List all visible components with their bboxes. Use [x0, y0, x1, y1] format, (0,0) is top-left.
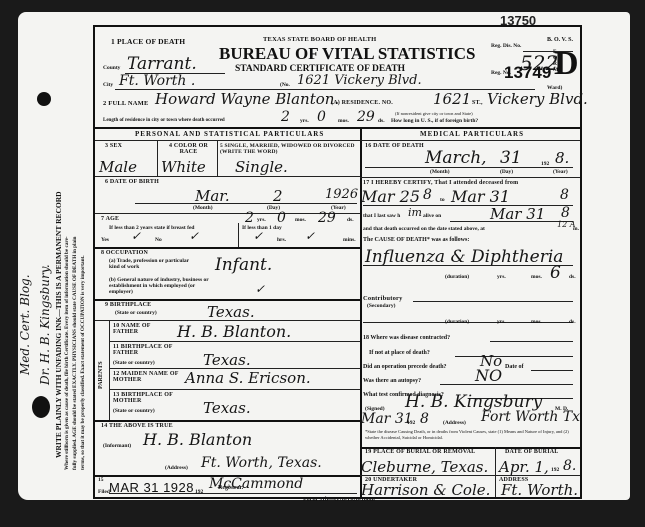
date-of-label: Date of [505, 364, 524, 370]
informant-address-value: Ft. Worth, Texas. [201, 455, 322, 471]
age-yrs: 2 [245, 210, 254, 226]
contracted-label: 18 Where was disease contracted? [363, 335, 450, 341]
ink-blot [32, 396, 50, 418]
burial-value: Cleburne, Texas. [361, 458, 488, 476]
secondary-label: (Secondary) [367, 303, 395, 309]
margin-warning-2: Where stillborn is given as cause of dea… [64, 236, 70, 470]
sex-value: Male [99, 158, 137, 176]
age-label: 7 AGE [101, 216, 119, 222]
personal-section-title: PERSONAL AND STATISTICAL PARTICULARS [135, 130, 324, 138]
certify-label: 17 I HEREBY CERTIFY, That I attended dec… [363, 180, 518, 186]
dod-label: 16 DATE OF DEATH [365, 143, 424, 149]
full-name-label: 2 FULL NAME [103, 100, 149, 107]
to-label: to [440, 197, 445, 203]
attended-to: Mar 31 [451, 187, 510, 206]
state-caption: (State or country) [113, 408, 155, 414]
signed-year-prefix: 192 [407, 420, 415, 426]
father-birth-value: Texas. [203, 351, 251, 369]
informant-address-label: (Address) [165, 465, 188, 471]
county-label: County [103, 65, 120, 71]
signed-address: Fort Worth Tx [481, 409, 580, 425]
length-yrs: 2 [281, 109, 290, 125]
age-mos-label: mos. [295, 217, 306, 223]
form-number: Form 51b—G78-1928-100m [303, 497, 375, 503]
dod-month: March, [425, 148, 487, 168]
contributory-label: Contributory [363, 295, 403, 302]
age-ds: 29 [318, 210, 336, 226]
parents-vertical-label: PARENTS [98, 361, 104, 389]
death-certificate-form: 1 PLACE OF DEATH TEXAS STATE BOARD OF HE… [93, 25, 582, 499]
board-heading: TEXAS STATE BOARD OF HEALTH [263, 36, 376, 43]
mother-value: Anna S. Ericson. [185, 369, 311, 387]
duration-mos: mos. [531, 274, 542, 280]
attended-to-year: 8 [560, 187, 569, 203]
length-mos: 0 [317, 109, 326, 125]
margin-annotation-2: Dr. H. B. Kingsbury. [38, 264, 52, 385]
check-mark: ✓ [189, 229, 199, 243]
yes-label: Yes [101, 237, 109, 243]
dod-year: 8. [555, 149, 569, 167]
burial-label: 19 PLACE OF BURIAL OR REMOVAL [365, 449, 485, 455]
birthplace-label: 9 BIRTHPLACE [105, 302, 151, 308]
mins-label: mins. [343, 237, 356, 243]
state-caption: (State or country) [113, 360, 155, 366]
check-mark: ✓ [253, 229, 263, 243]
not-place-label: If not at place of death? [369, 350, 430, 356]
month-caption: (Month) [193, 205, 213, 211]
check-mark: ✓ [131, 229, 141, 243]
operation-label: Did an operation precede death? [363, 364, 447, 370]
occurred-label: and that death occurred on the date stat… [363, 226, 485, 232]
year-caption: (Year) [553, 169, 568, 175]
last-saw-year: 8 [561, 205, 570, 221]
length-label: Length of residence in city or town wher… [103, 118, 225, 123]
mother-birth-label: 13 BIRTHPLACE OF MOTHER [113, 392, 183, 404]
residence-no: 1621 [433, 90, 471, 108]
informant-value: H. B. Blanton [143, 430, 252, 449]
undertaker-value: Harrison & Cole. [361, 481, 490, 499]
age-ds-label: ds. [347, 217, 354, 223]
duration-yrs: yrs. [497, 319, 506, 325]
yrs-label: yrs. [300, 118, 309, 124]
form-letter: D [554, 45, 579, 83]
residence-st-label: St., [472, 100, 483, 106]
hrs-label: hrs. [277, 237, 286, 243]
duration-label: (duration) [445, 274, 469, 280]
filed-number: 15 [98, 477, 104, 483]
mother-label: 12 MAIDEN NAME OF MOTHER [113, 371, 183, 383]
duration-ds-value: 6 [550, 263, 561, 283]
marital-value: Single. [235, 158, 288, 176]
reg-dis-label: Reg. Dis. No. [491, 43, 521, 49]
duration-yrs: yrs. [497, 274, 506, 280]
signed-year: 8 [420, 411, 429, 427]
burial-year-prefix: 192 [551, 467, 559, 473]
no-label: No [155, 237, 162, 243]
dod-day: 31 [500, 148, 522, 168]
ds-label: ds. [378, 118, 385, 124]
occupation-label: 8 OCCUPATION [101, 250, 148, 256]
reg-no-stamp: 13749 [504, 63, 551, 83]
last-saw-him: im [408, 206, 422, 219]
top-stamp: 13750 [500, 13, 536, 28]
age-mos: 0 [277, 210, 286, 226]
signed-date: Mar 31 [361, 411, 413, 427]
margin-warning-4: terms, so that it may be properly classi… [80, 255, 86, 470]
age-yrs-label: yrs. [257, 217, 266, 223]
autopsy-value: NO [475, 366, 502, 385]
footnote: *State the disease Causing Death, or in … [365, 429, 575, 440]
margin-warning-3: fully supplied. AGE should be stated EXA… [72, 237, 78, 470]
medical-section-title: MEDICAL PARTICULARS [420, 130, 524, 138]
nonresident-note: (If nonresident give city or town and St… [395, 111, 473, 116]
burial-year: 8. [563, 458, 576, 474]
occupation-b-label: (b) General nature of industry, business… [109, 277, 209, 295]
month-caption: (Month) [430, 169, 450, 175]
informant-label: (Informant) [103, 443, 131, 449]
check-mark: ✓ [305, 229, 315, 243]
cause-label: The CAUSE OF DEATH* was as follows: [363, 237, 469, 243]
foreign-birth-label: How long in U. S., if of foreign birth? [391, 118, 478, 124]
state-caption: (State or country) [115, 310, 157, 316]
color-value: White [161, 158, 206, 176]
length-ds: 29 [357, 109, 375, 125]
residence-st: Vickery Blvd. [487, 90, 588, 108]
duration-ds: ds. [569, 274, 576, 280]
bovs-label: B. O. V. S. [547, 37, 573, 43]
city-value: Ft. Worth . [119, 73, 195, 89]
marital-label: 5 SINGLE, MARRIED, WIDOWED OR DIVORCED (… [220, 143, 358, 155]
last-saw-label: that I last saw h [363, 213, 400, 219]
above-true-label: 14 THE ABOVE IS TRUE [101, 423, 173, 429]
ink-blot [37, 92, 51, 106]
street-value: 1621 Vickery Blvd. [297, 73, 422, 88]
county-value: Tarrant. [127, 54, 197, 74]
occupation-value: Infant. [215, 255, 272, 275]
father-value: H. B. Blanton. [177, 322, 291, 341]
dob-year: 1926 [325, 187, 358, 202]
sex-label: 3 SEX [105, 143, 122, 149]
full-name-value: Howard Wayne Blanton. [155, 90, 339, 108]
father-label: 10 NAME OF FATHER [113, 323, 173, 335]
burial-date-label: DATE OF BURIAL [505, 449, 558, 455]
autopsy-label: Was there an autopsy? [363, 378, 421, 384]
check-mark: ✓ [255, 282, 265, 296]
signed-address-label: (Address) [443, 420, 466, 426]
mos-label: mos. [338, 118, 349, 124]
attended-from-year: 8 [423, 187, 432, 203]
day-caption: (Day) [500, 169, 513, 175]
city-label: City [103, 82, 113, 88]
duration-mos: mos. [531, 319, 542, 325]
occurred-suffix: m. [573, 226, 579, 232]
filed-suffix: 192 [195, 489, 203, 495]
duration-ds: ds. [569, 319, 576, 325]
residence-label: (a) RESIDENCE. No. [331, 100, 393, 106]
dob-label: 6 DATE OF BIRTH [105, 179, 159, 185]
color-label: 4 COLOR OR RACE [161, 143, 216, 155]
margin-warning-1: WRITE PLAINLY WITH UNFADING INK—THIS IS … [54, 191, 63, 458]
burial-date: Apr. 1, [499, 458, 549, 476]
undertaker-address: Ft. Worth. [501, 481, 578, 499]
place-of-death-label: 1 PLACE OF DEATH [111, 37, 185, 46]
occupation-a-label: (a) Trade, profession or particular kind… [109, 258, 189, 270]
father-birth-label: 11 BIRTHPLACE OF FATHER [113, 344, 183, 356]
last-saw-suffix: alive on [423, 213, 441, 219]
bureau-title: BUREAU OF VITAL STATISTICS [219, 44, 476, 64]
street-label: (No. [280, 82, 290, 88]
birthplace-value: Texas. [207, 303, 255, 321]
margin-annotation-1: Med. Cert. Blog. [18, 274, 32, 375]
cause-value: Influenza & Diphtheria [365, 247, 563, 267]
duration-label: (duration) [445, 319, 469, 325]
mother-birth-value: Texas. [203, 399, 251, 417]
attended-from: Mar 25 [361, 187, 420, 206]
registrar-label: Registrar. [218, 485, 243, 491]
breastfed-note: If less than 2 years state if breast fed [109, 225, 194, 231]
